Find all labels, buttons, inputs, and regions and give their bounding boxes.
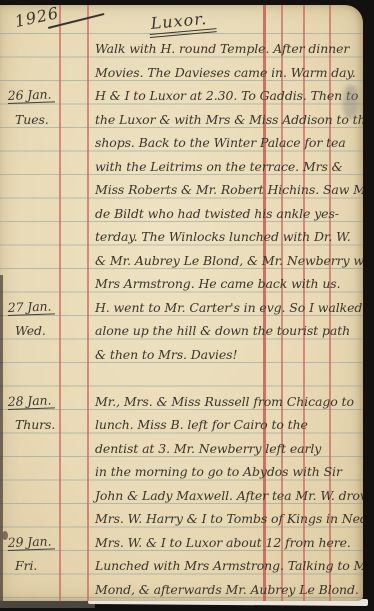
page-edge-shadow [0,275,3,601]
diary-line: de Bildt who had twisted his ankle yes- [0,206,363,226]
entry-text: lunch. Miss B. left for Cairo to the [95,417,308,432]
paper-speck [2,531,8,540]
diary-line: John & Lady Maxwell. After tea Mr. W. dr… [0,488,363,508]
diary-line: 28 Jan.Mr., Mrs. & Miss Russell from Chi… [0,394,363,414]
entry-text: H & I to Luxor at 2.30. To Gaddis. Then … [95,88,358,103]
diary-line: with the Leitrims on the terrace. Mrs & [0,159,363,179]
entry-text: Miss Roberts & Mr. Robert Hichins. Saw M… [95,182,363,197]
diary-page: 1926 Luxor. Walk with H. round Temple. A… [0,5,363,601]
diary-line: Tues.the Luxor & with Mrs & Miss Addison… [0,112,363,132]
diary-line: dentist at 3. Mr. Newberry left early [0,441,363,461]
entry-date: 29 Jan. [7,533,54,551]
entry-text: & then to Mrs. Davies! [95,347,237,362]
entry-text: with the Leitrims on the terrace. Mrs & [95,159,343,174]
paper-smudge [343,85,358,119]
diary-line: & then to Mrs. Davies! [0,347,363,367]
entry-text: Walk with H. round Temple. After dinner [95,41,349,56]
entry-text: Mrs. W. & I to Luxor about 12 from here. [95,535,351,550]
entry-weekday: Fri. [15,558,37,573]
diary-line: Mrs Armstrong. He came back with us. [0,276,363,296]
entry-date: 27 Jan. [7,298,54,316]
diary-line: Mrs. W. Harry & I to Tombs of Kings in N… [0,511,363,531]
entry-text: dentist at 3. Mr. Newberry left early [95,441,321,456]
entry-text: H. went to Mr. Carter's in evg. So I wal… [95,300,362,315]
diary-line: Movies. The Davieses came in. Warm day. [0,65,363,85]
entry-text: the Luxor & with Mrs & Miss Addison to t… [95,112,363,127]
diary-line: shops. Back to the Winter Palace for tea [0,135,363,155]
diary-line [0,370,363,390]
entry-text: Mr., Mrs. & Miss Russell from Chicago to [95,394,354,409]
diary-line: & Mr. Aubrey Le Blond, & Mr. Newberry wi… [0,253,363,273]
diary-line: Walk with H. round Temple. After dinner [0,41,363,61]
entry-text: shops. Back to the Winter Palace for tea [95,135,346,150]
entry-date: 26 Jan. [7,86,54,104]
entry-text: John & Lady Maxwell. After tea Mr. W. dr… [95,488,363,503]
entry-text: in the morning to go to Abydos with Sir [95,464,342,479]
diary-line: Miss Roberts & Mr. Robert Hichins. Saw M… [0,182,363,202]
diary-line: Fri.Lunched with Mrs Armstrong. Talking … [0,558,363,578]
diary-line: Mond, & afterwards Mr. Aubrey Le Blond. [0,582,363,602]
entry-weekday: Thurs. [15,417,55,432]
entry-text: alone up the hill & down the tourist pat… [95,323,350,338]
diary-line: 26 Jan.H & I to Luxor at 2.30. To Gaddis… [0,88,363,108]
entry-weekday: Wed. [15,323,46,338]
entry-text: Mrs. W. Harry & I to Tombs of Kings in N… [95,511,363,526]
entry-text: Movies. The Davieses came in. Warm day. [95,65,356,80]
photo-frame: 1926 Luxor. Walk with H. round Temple. A… [0,0,374,611]
diary-line: 29 Jan.Mrs. W. & I to Luxor about 12 fro… [0,535,363,555]
entry-text: terday. The Winlocks lunched with Dr. W. [95,229,351,244]
diary-line: terday. The Winlocks lunched with Dr. W. [0,229,363,249]
entry-text: & Mr. Aubrey Le Blond, & Mr. Newberry wi… [95,253,363,268]
entry-date: 28 Jan. [7,392,54,410]
entry-text: Mrs Armstrong. He came back with us. [95,276,341,291]
entry-text: Lunched with Mrs Armstrong. Talking to M… [95,558,363,573]
diary-line: in the morning to go to Abydos with Sir [0,464,363,484]
diary-line: Wed.alone up the hill & down the tourist… [0,323,363,343]
entry-text: Mond, & afterwards Mr. Aubrey Le Blond. [95,582,359,597]
diary-line: Thurs.lunch. Miss B. left for Cairo to t… [0,417,363,437]
entry-weekday: Tues. [15,112,49,127]
entry-text: de Bildt who had twisted his ankle yes- [95,206,339,221]
diary-line: 27 Jan.H. went to Mr. Carter's in evg. S… [0,300,363,320]
